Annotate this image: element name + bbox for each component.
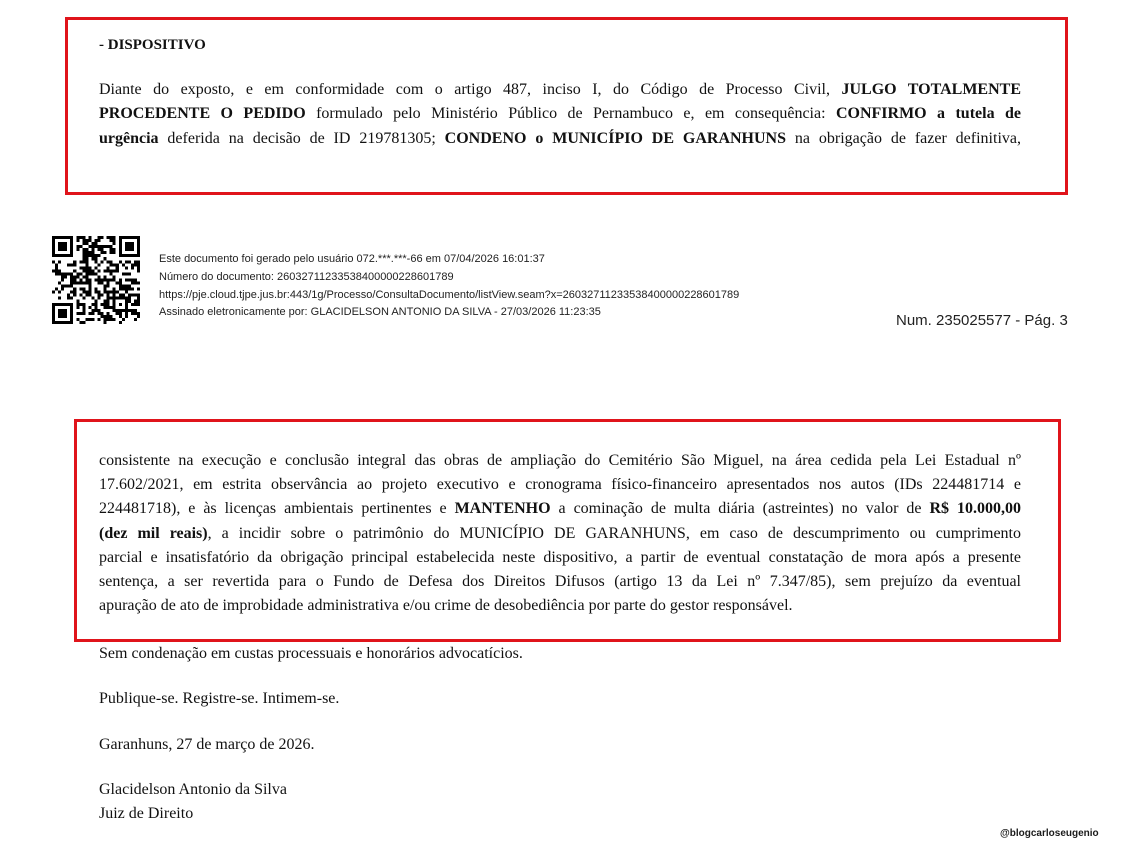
page-number: Num. 235025577 - Pág. 3 (896, 312, 1068, 330)
paragraph-line: (dez mil reais), a incidir sobre o patri… (99, 524, 1021, 544)
paragraph-line: 17.602/2021, em estrita observância ao p… (99, 475, 1021, 495)
section-heading: - DISPOSITIVO (99, 35, 206, 55)
paragraph-line: PROCEDENTE O PEDIDO formulado pelo Minis… (99, 104, 1021, 124)
watermark: @blogcarloseugenio (1000, 828, 1099, 839)
paragraph-line: apuração de ato de improbidade administr… (99, 596, 1021, 616)
judge-title: Juiz de Direito (99, 804, 193, 824)
paragraph-line: Diante do exposto, e em conformidade com… (99, 80, 1021, 100)
qr-code-icon (52, 236, 140, 324)
publish-text: Publique-se. Registre-se. Intimem-se. (99, 689, 339, 709)
document-url-link[interactable]: https://pje.cloud.tjpe.jus.br:443/1g/Pro… (159, 288, 739, 302)
place-date-text: Garanhuns, 27 de março de 2026. (99, 735, 315, 755)
judge-name: Glacidelson Antonio da Silva (99, 780, 287, 800)
paragraph-line: parcial e insatisfatório da obrigação pr… (99, 548, 1021, 568)
paragraph-line: 224481718), e às licenças ambientais per… (99, 499, 1021, 519)
costs-text: Sem condenação em custas processuais e h… (99, 644, 523, 664)
generated-by-text: Este documento foi gerado pelo usuário 0… (159, 252, 545, 266)
signed-by-text: Assinado eletronicamente por: GLACIDELSO… (159, 305, 601, 319)
paragraph-line: urgência deferida na decisão de ID 21978… (99, 129, 1021, 149)
paragraph-line: sentença, a ser revertida para o Fundo d… (99, 572, 1021, 592)
paragraph-line: consistente na execução e conclusão inte… (99, 451, 1021, 471)
document-number-text: Número do documento: 2603271123353840000… (159, 270, 454, 284)
